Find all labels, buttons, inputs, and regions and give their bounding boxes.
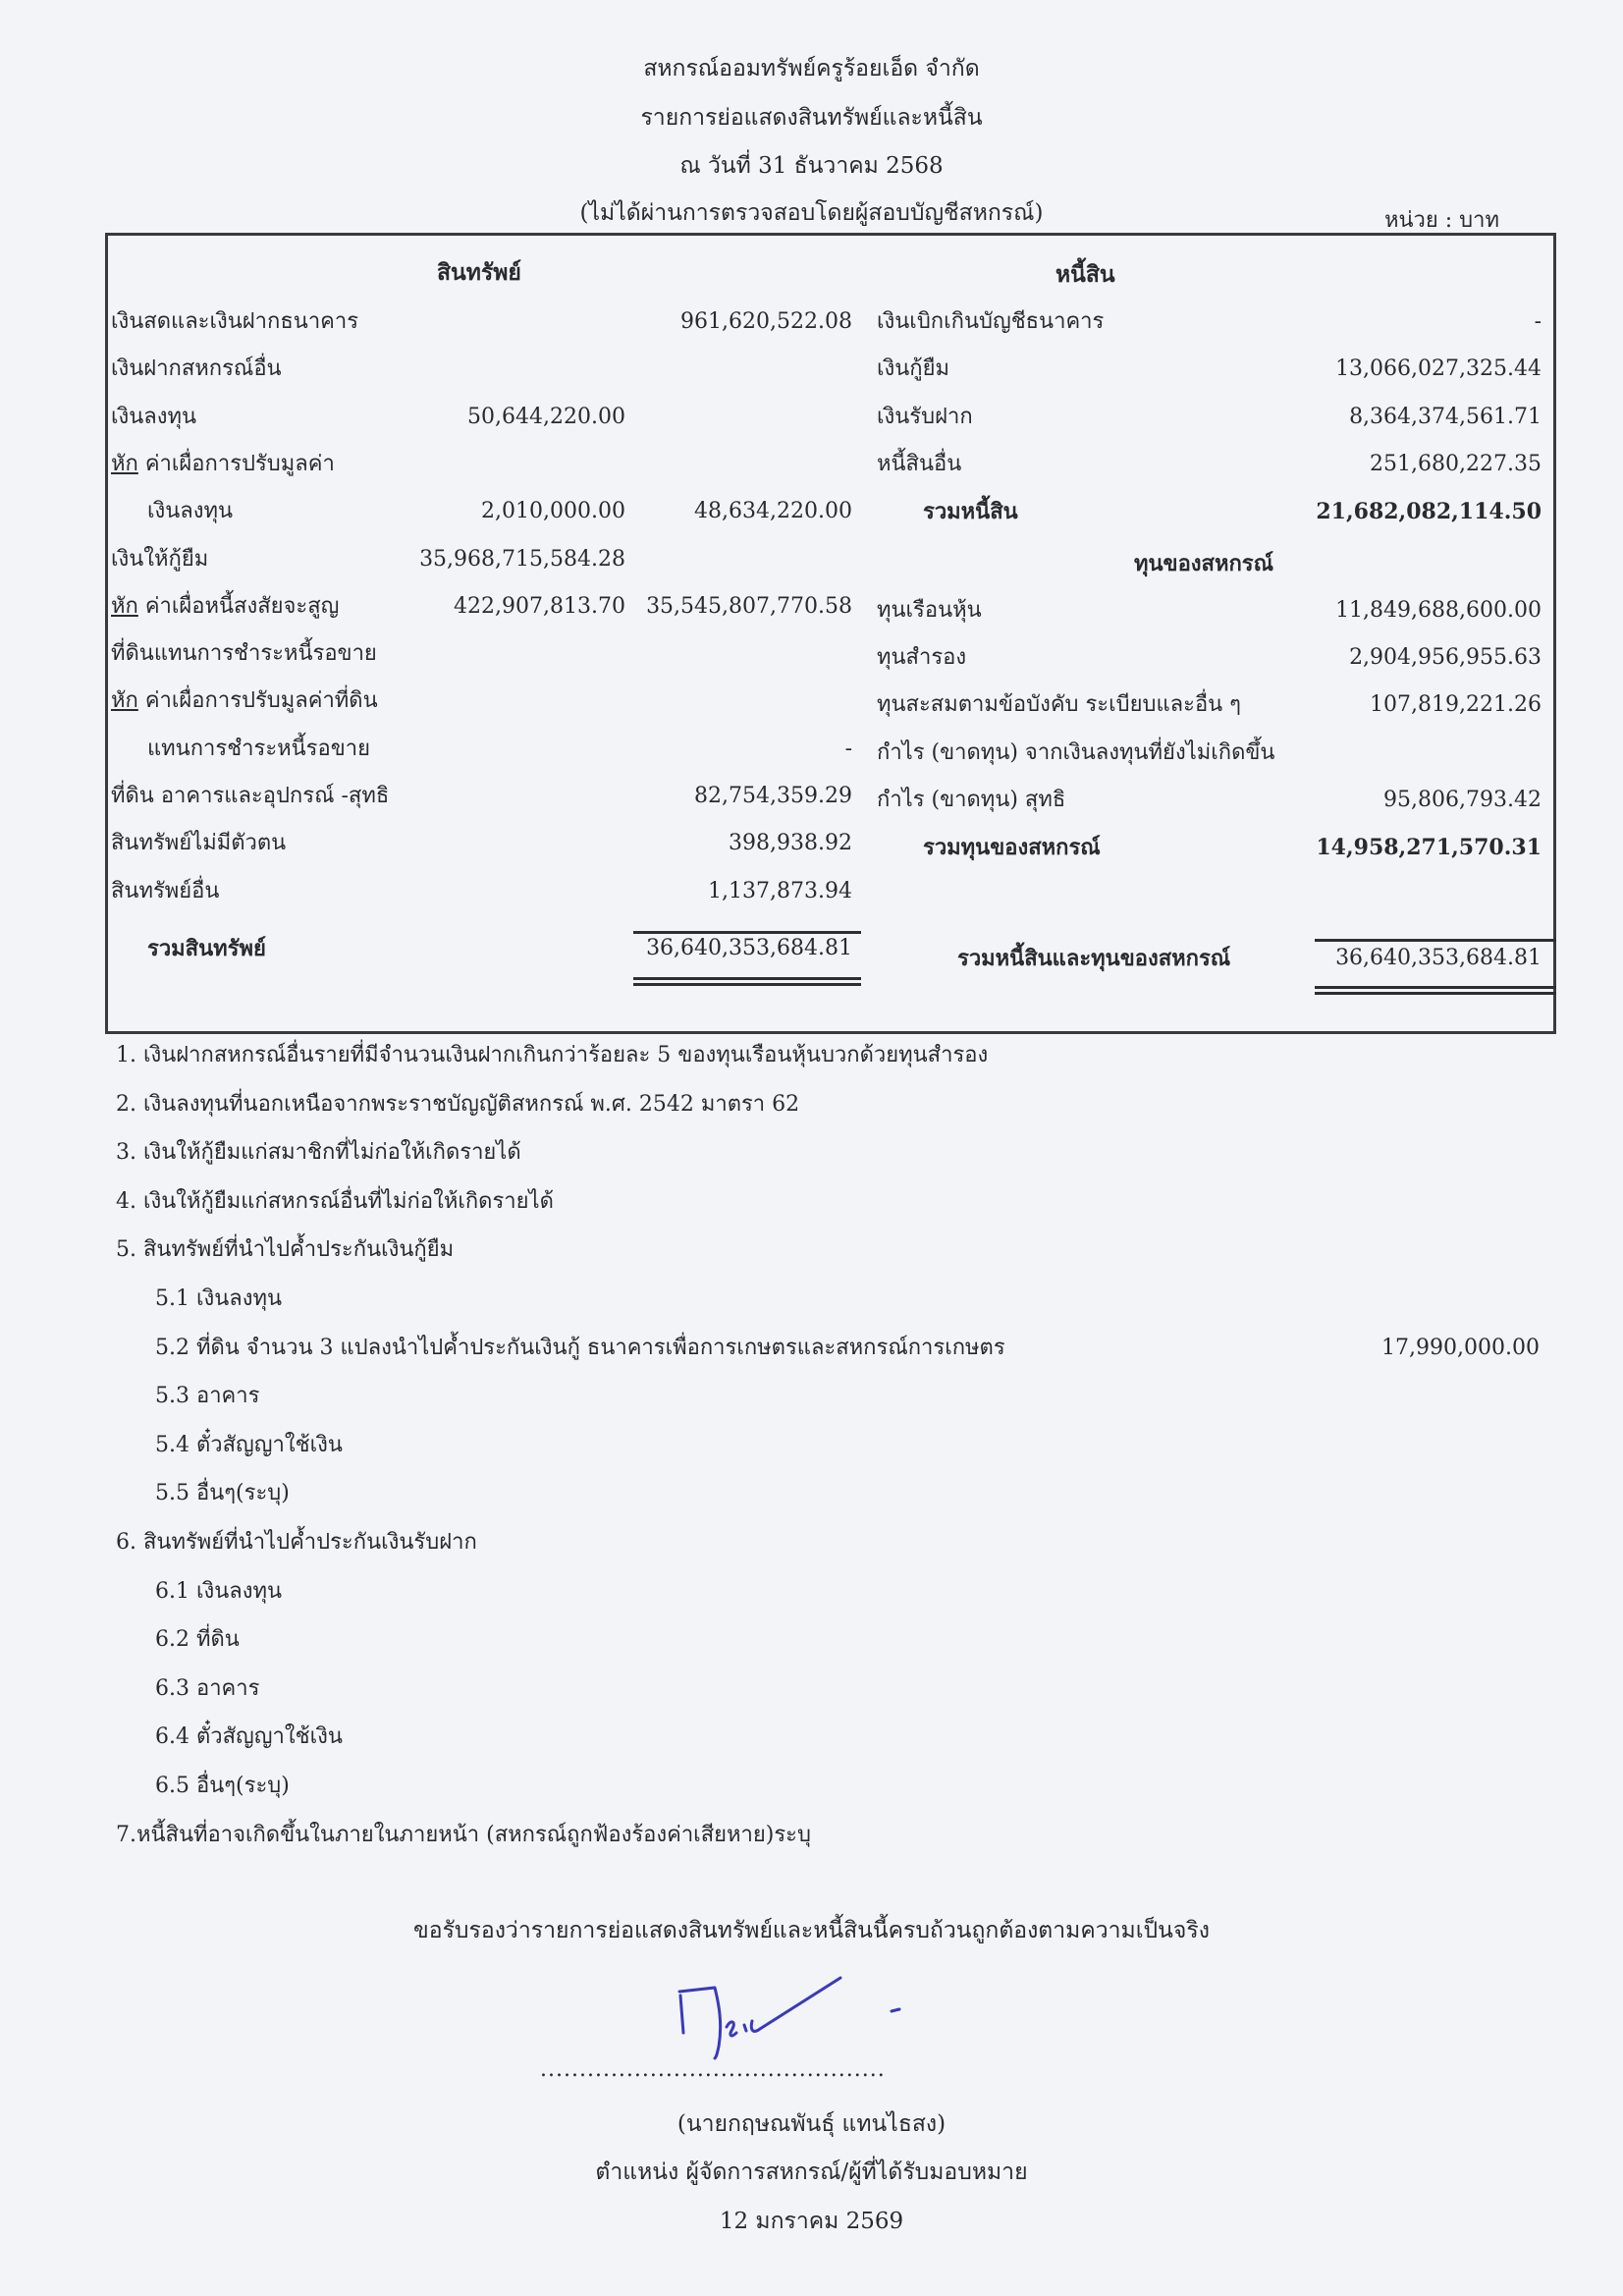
liability-row-amount: 251,680,227.35 bbox=[1276, 445, 1542, 484]
signature-icon bbox=[668, 1964, 933, 2072]
signature-dotted-line: ........................................… bbox=[540, 2057, 886, 2082]
assets-total-label: รวมสินทรัพย์ bbox=[147, 929, 266, 968]
equity-heading-label: ทุนของสหกรณ์ bbox=[1134, 544, 1273, 583]
grand-total-label: รวมหนี้สินและทุนของสหกรณ์ bbox=[957, 939, 1230, 978]
equity-row-amount: 11,849,688,600.00 bbox=[1276, 591, 1542, 630]
equity-total-row: รวมทุนของสหกรณ์14,958,271,570.31 bbox=[0, 828, 1623, 867]
note-item: 4. เงินให้กู้ยืมแก่สหกรณ์อื่นที่ไม่ก่อให… bbox=[0, 1182, 1623, 1222]
equity-row-label: ทุนเรือนหุ้น bbox=[877, 591, 982, 630]
note-item: 6.1 เงินลงทุน bbox=[0, 1572, 1623, 1612]
note-text: 5.2 ที่ดิน จำนวน 3 แปลงนำไปค้ำประกันเงิน… bbox=[155, 1329, 1005, 1368]
note-text: 5. สินทรัพย์ที่นำไปค้ำประกันเงินกู้ยืม bbox=[116, 1230, 454, 1270]
liability-row: เงินรับฝาก8,364,374,561.71 bbox=[0, 398, 1623, 437]
liability-row-label: หนี้สินอื่น bbox=[877, 445, 961, 484]
note-item: 5.1 เงินลงทุน bbox=[0, 1280, 1623, 1319]
note-text: 6.4 ตั๋วสัญญาใช้เงิน bbox=[155, 1718, 343, 1757]
asset-label: สินทรัพย์อื่น bbox=[111, 872, 219, 911]
asset-amount: 1,137,873.94 bbox=[628, 872, 852, 911]
org-name: สหกรณ์ออมทรัพย์ครูร้อยเอ็ด จำกัด bbox=[0, 51, 1623, 86]
liability-row: หนี้สินอื่น251,680,227.35 bbox=[0, 445, 1623, 484]
liabilities-total-row-label: รวมหนี้สิน bbox=[923, 492, 1018, 531]
asset-row: สินทรัพย์อื่น1,137,873.94 bbox=[0, 872, 1623, 911]
note-text: 7.หนี้สินที่อาจเกิดขึ้นในภายในภายหน้า (ส… bbox=[116, 1816, 811, 1855]
note-text: 1. เงินฝากสหกรณ์อื่นรายที่มีจำนวนเงินฝาก… bbox=[116, 1036, 988, 1075]
note-item: 5.3 อาคาร bbox=[0, 1377, 1623, 1416]
equity-total-row-label: รวมทุนของสหกรณ์ bbox=[923, 828, 1101, 867]
note-text: 6.5 อื่นๆ(ระบุ) bbox=[155, 1767, 290, 1806]
liability-row-amount: 8,364,374,561.71 bbox=[1276, 398, 1542, 437]
note-item: 6.3 อาคาร bbox=[0, 1669, 1623, 1709]
note-item: 5.4 ตั๋วสัญญาใช้เงิน bbox=[0, 1426, 1623, 1465]
note-text: 6.1 เงินลงทุน bbox=[155, 1572, 282, 1612]
note-text: 5.4 ตั๋วสัญญาใช้เงิน bbox=[155, 1426, 343, 1465]
equity-row-amount: 107,819,221.26 bbox=[1276, 685, 1542, 725]
equity-row: กำไร (ขาดทุน) สุทธิ95,806,793.42 bbox=[0, 781, 1623, 820]
note-text: 6. สินทรัพย์ที่นำไปค้ำประกันเงินรับฝาก bbox=[116, 1523, 477, 1562]
liability-row: เงินเบิกเกินบัญชีธนาคาร- bbox=[0, 302, 1623, 342]
assets-heading: สินทรัพย์ bbox=[437, 255, 521, 291]
note-text: 4. เงินให้กู้ยืมแก่สหกรณ์อื่นที่ไม่ก่อให… bbox=[116, 1182, 554, 1222]
equity-row-amount: 95,806,793.42 bbox=[1276, 781, 1542, 820]
equity-row: ทุนเรือนหุ้น11,849,688,600.00 bbox=[0, 591, 1623, 630]
liability-row-amount: 13,066,027,325.44 bbox=[1276, 350, 1542, 389]
equity-row-label: กำไร (ขาดทุน) สุทธิ bbox=[877, 781, 1065, 820]
report-date: ณ วันที่ 31 ธันวาคม 2568 bbox=[0, 148, 1623, 184]
equity-heading: ทุนของสหกรณ์ bbox=[0, 544, 1623, 583]
liability-row-amount: - bbox=[1276, 302, 1542, 342]
asset-label-text: สินทรัพย์อื่น bbox=[111, 879, 219, 903]
grand-total-doubleline-2 bbox=[1315, 992, 1556, 995]
equity-row-label: กำไร (ขาดทุน) จากเงินลงทุนที่ยังไม่เกิดข… bbox=[877, 734, 1274, 773]
note-text: 2. เงินลงทุนที่นอกเหนือจากพระราชบัญญัติส… bbox=[116, 1085, 799, 1124]
grand-total-doubleline-1 bbox=[1315, 986, 1556, 989]
note-item: 5.5 อื่นๆ(ระบุ) bbox=[0, 1474, 1623, 1513]
note-item: 3. เงินให้กู้ยืมแก่สมาชิกที่ไม่ก่อให้เกิ… bbox=[0, 1133, 1623, 1173]
note-item: 5.2 ที่ดิน จำนวน 3 แปลงนำไปค้ำประกันเงิน… bbox=[0, 1329, 1623, 1368]
report-title: รายการย่อแสดงสินทรัพย์และหนี้สิน bbox=[0, 100, 1623, 136]
liability-row-label: เงินกู้ยืม bbox=[877, 350, 949, 389]
equity-row: ทุนสำรอง2,904,956,955.63 bbox=[0, 638, 1623, 678]
note-item: 2. เงินลงทุนที่นอกเหนือจากพระราชบัญญัติส… bbox=[0, 1085, 1623, 1124]
note-text: 5.1 เงินลงทุน bbox=[155, 1280, 282, 1319]
note-item: 1. เงินฝากสหกรณ์อื่นรายที่มีจำนวนเงินฝาก… bbox=[0, 1036, 1623, 1075]
liability-row-label: เงินเบิกเกินบัญชีธนาคาร bbox=[877, 302, 1104, 342]
note-text: 5.3 อาคาร bbox=[155, 1377, 259, 1416]
note-text: 5.5 อื่นๆ(ระบุ) bbox=[155, 1474, 290, 1513]
assets-total-amount: 36,640,353,684.81 bbox=[628, 929, 852, 968]
note-item: 6. สินทรัพย์ที่นำไปค้ำประกันเงินรับฝาก bbox=[0, 1523, 1623, 1562]
equity-row: กำไร (ขาดทุน) จากเงินลงทุนที่ยังไม่เกิดข… bbox=[0, 734, 1623, 773]
audit-note: (ไม่ได้ผ่านการตรวจสอบโดยผู้สอบบัญชีสหกรณ… bbox=[0, 195, 1623, 231]
note-text: 6.2 ที่ดิน bbox=[155, 1620, 240, 1660]
assets-total-doubleline-1 bbox=[633, 977, 861, 980]
equity-row-label: ทุนสะสมตามข้อบังคับ ระเบียบและอื่น ๆ bbox=[877, 685, 1241, 725]
liability-row: เงินกู้ยืม13,066,027,325.44 bbox=[0, 350, 1623, 389]
signer-name: (นายกฤษณพันธุ์ แทนไธสง) bbox=[0, 2106, 1623, 2142]
unit-label: หน่วย : บาท bbox=[1384, 202, 1499, 237]
signer-position: ตำแหน่ง ผู้จัดการสหกรณ์/ผู้ที่ได้รับมอบห… bbox=[0, 2155, 1623, 2190]
signing-date: 12 มกราคม 2569 bbox=[0, 2204, 1623, 2239]
equity-row: ทุนสะสมตามข้อบังคับ ระเบียบและอื่น ๆ107,… bbox=[0, 685, 1623, 725]
liability-row-label: เงินรับฝาก bbox=[877, 398, 973, 437]
equity-row-amount: 2,904,956,955.63 bbox=[1276, 638, 1542, 678]
note-text: 6.3 อาคาร bbox=[155, 1669, 259, 1709]
liabilities-total-row: รวมหนี้สิน21,682,082,114.50 bbox=[0, 492, 1623, 531]
certification-statement: ขอรับรองว่ารายการย่อแสดงสินทรัพย์และหนี้… bbox=[0, 1913, 1623, 1948]
equity-row-label: ทุนสำรอง bbox=[877, 638, 966, 678]
note-item: 5. สินทรัพย์ที่นำไปค้ำประกันเงินกู้ยืม bbox=[0, 1230, 1623, 1270]
note-amount: 17,990,000.00 bbox=[1276, 1329, 1540, 1368]
note-item: 7.หนี้สินที่อาจเกิดขึ้นในภายในภายหน้า (ส… bbox=[0, 1816, 1623, 1855]
note-text: 3. เงินให้กู้ยืมแก่สมาชิกที่ไม่ก่อให้เกิ… bbox=[116, 1133, 521, 1173]
liabilities-total-row-amount: 21,682,082,114.50 bbox=[1276, 492, 1542, 531]
note-item: 6.5 อื่นๆ(ระบุ) bbox=[0, 1767, 1623, 1806]
grand-total-amount: 36,640,353,684.81 bbox=[1316, 939, 1542, 978]
note-item: 6.4 ตั๋วสัญญาใช้เงิน bbox=[0, 1718, 1623, 1757]
liabilities-heading: หนี้สิน bbox=[1055, 257, 1115, 293]
assets-total-doubleline-2 bbox=[633, 983, 861, 986]
note-item: 6.2 ที่ดิน bbox=[0, 1620, 1623, 1660]
equity-total-row-amount: 14,958,271,570.31 bbox=[1276, 828, 1542, 867]
